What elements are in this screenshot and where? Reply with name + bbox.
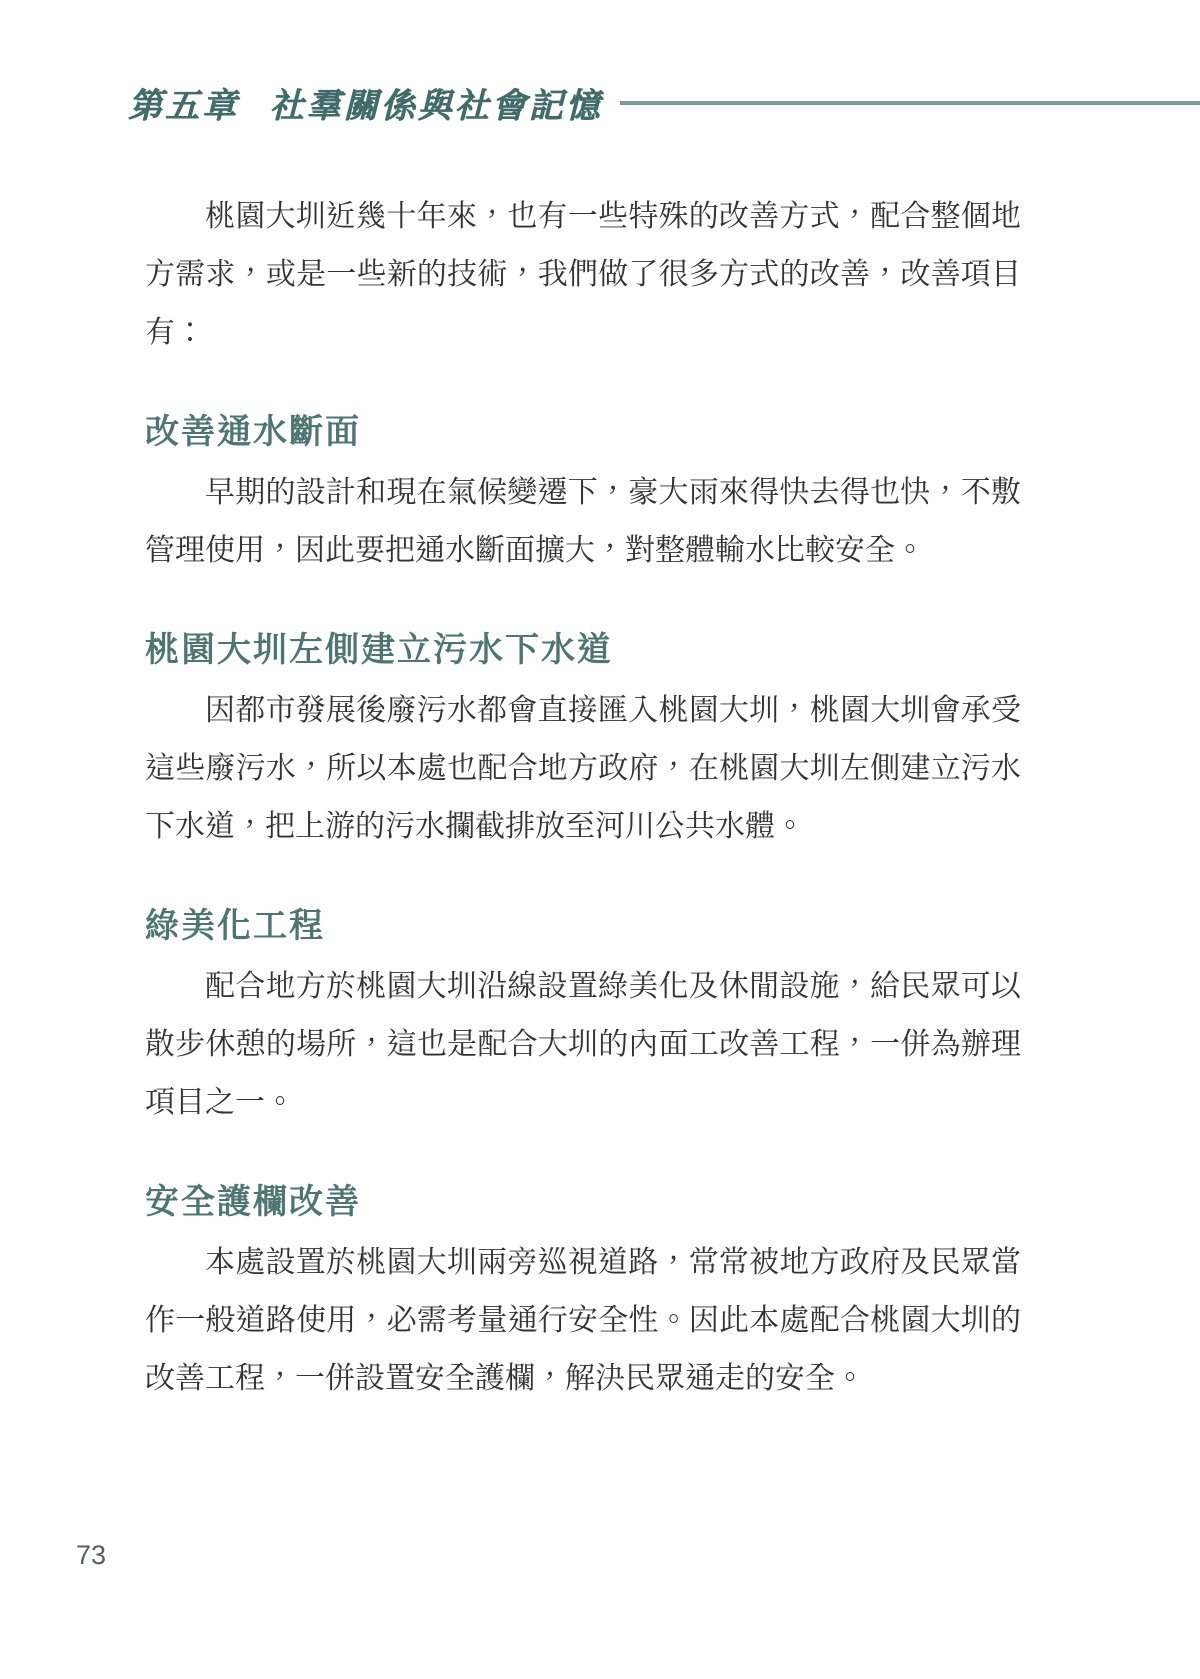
chapter-name: 社羣關係與社會記憶 <box>269 87 602 125</box>
intro-paragraph: 桃園大圳近幾十年來，也有一些特殊的改善方式，配合整個地方需求，或是一些新的技術，… <box>145 188 1021 362</box>
page-content: 桃園大圳近幾十年來，也有一些特殊的改善方式，配合整個地方需求，或是一些新的技術，… <box>145 188 1021 1408</box>
section-heading: 綠美化工程 <box>145 904 1021 948</box>
section-heading: 安全護欄改善 <box>145 1180 1021 1224</box>
document-page: 第五章 社羣關係與社會記憶 桃園大圳近幾十年來，也有一些特殊的改善方式，配合整個… <box>0 0 1200 1679</box>
chapter-number: 第五章 <box>128 87 239 125</box>
section-heading: 桃園大圳左側建立污水下水道 <box>145 628 1021 672</box>
section-paragraph: 因都市發展後廢污水都會直接匯入桃園大圳，桃園大圳會承受這些廢污水，所以本處也配合… <box>145 682 1021 856</box>
header-rule <box>620 101 1200 105</box>
section-paragraph: 配合地方於桃園大圳沿線設置綠美化及休閒設施，給民眾可以散步休憩的場所，這也是配合… <box>145 958 1021 1132</box>
section-improve-waterway-cross-section: 改善通水斷面 早期的設計和現在氣候變遷下，豪大雨來得快去得也快，不敷管理使用，因… <box>145 410 1021 580</box>
section-paragraph: 早期的設計和現在氣候變遷下，豪大雨來得快去得也快，不敷管理使用，因此要把通水斷面… <box>145 464 1021 580</box>
section-sewer-left-side: 桃園大圳左側建立污水下水道 因都市發展後廢污水都會直接匯入桃園大圳，桃園大圳會承… <box>145 628 1021 856</box>
section-paragraph: 本處設置於桃園大圳兩旁巡視道路，常常被地方政府及民眾當作一般道路使用，必需考量通… <box>145 1234 1021 1408</box>
section-greening-project: 綠美化工程 配合地方於桃園大圳沿線設置綠美化及休閒設施，給民眾可以散步休憩的場所… <box>145 904 1021 1132</box>
chapter-header: 第五章 社羣關係與社會記憶 <box>128 78 1200 127</box>
section-safety-guardrail: 安全護欄改善 本處設置於桃園大圳兩旁巡視道路，常常被地方政府及民眾當作一般道路使… <box>145 1180 1021 1408</box>
page-number: 73 <box>76 1540 106 1571</box>
chapter-title: 第五章 社羣關係與社會記憶 <box>128 78 602 127</box>
section-heading: 改善通水斷面 <box>145 410 1021 454</box>
